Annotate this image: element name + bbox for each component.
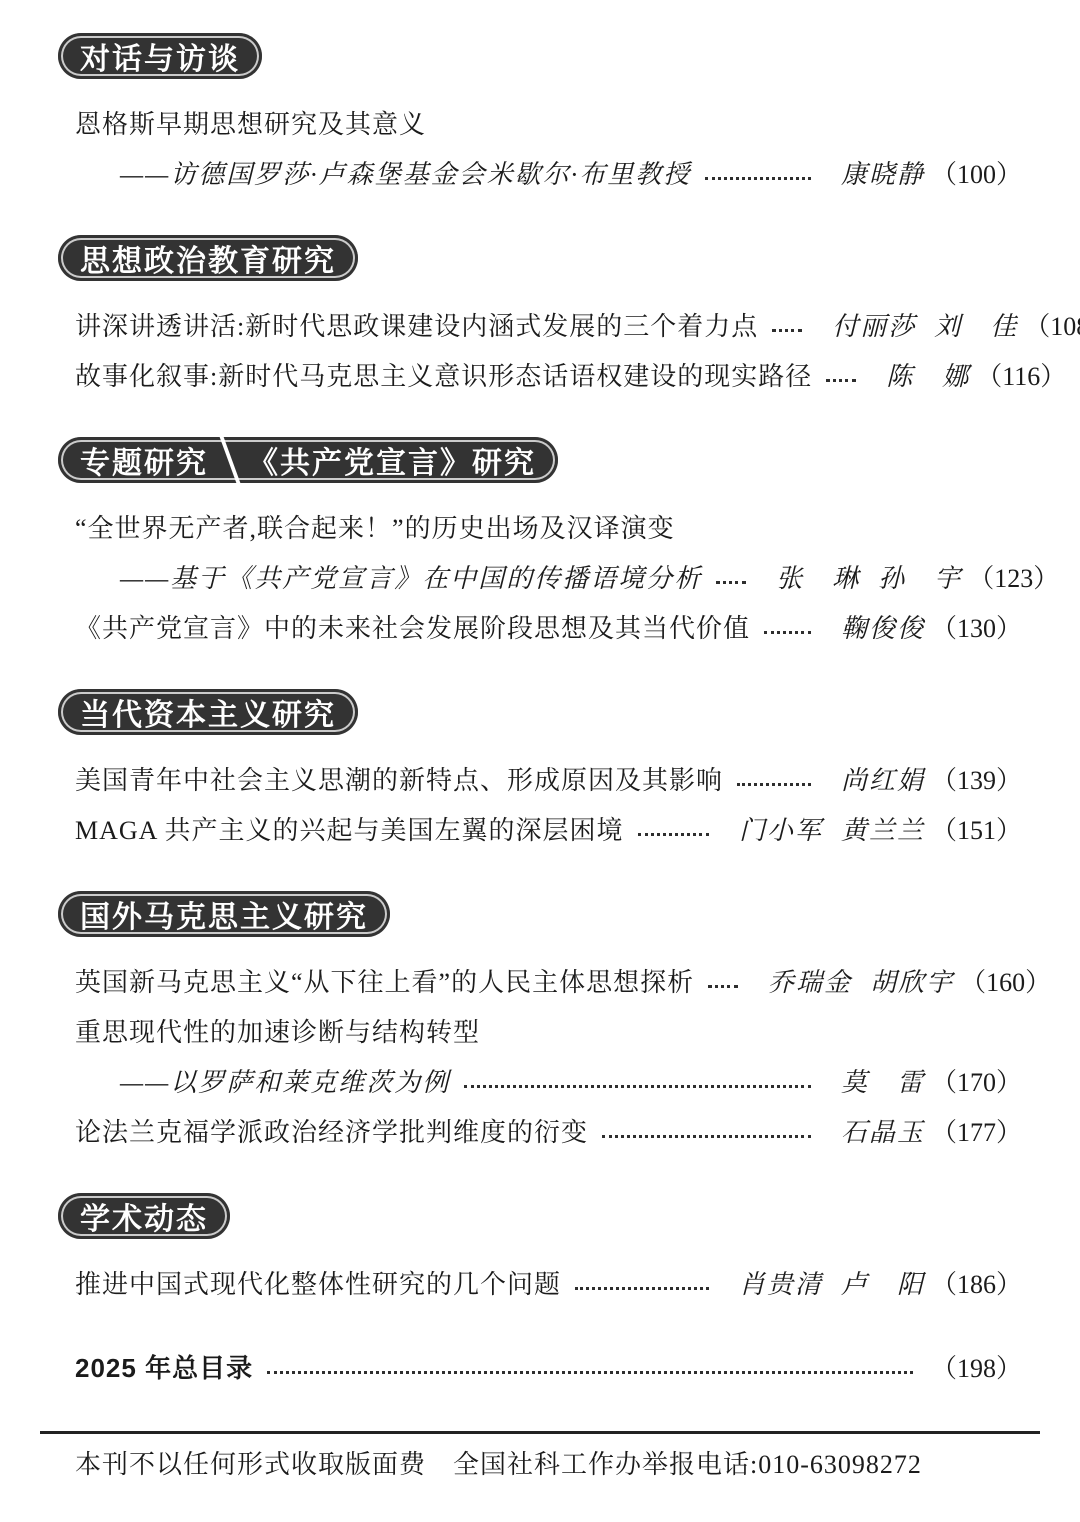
entry-author: 陈 娜 bbox=[886, 356, 970, 393]
entry-title: 故事化叙事:新时代马克思主义意识形态话语权建设的现实路径 bbox=[75, 356, 812, 393]
entry-title: 英国新马克思主义“从下往上看”的人民主体思想探析 bbox=[75, 962, 694, 999]
leader-dots bbox=[826, 367, 856, 382]
badge-label: 对话与访谈 bbox=[80, 34, 240, 78]
leader-dots bbox=[267, 1359, 913, 1374]
entry-title: 推进中国式现代化整体性研究的几个问题 bbox=[75, 1264, 561, 1301]
entry-author: 鞠俊俊 bbox=[841, 608, 925, 645]
entry-title: 美国青年中社会主义思潮的新特点、形成原因及其影响 bbox=[75, 760, 723, 797]
section-badge: 对话与访谈 bbox=[58, 33, 262, 79]
entry-author: 张 琳 bbox=[776, 558, 860, 595]
entry-title: 重思现代性的加速诊断与结构转型 bbox=[75, 1012, 480, 1049]
entry-page: （139） bbox=[931, 760, 1022, 797]
sections-container: 对话与访谈恩格斯早期思想研究及其意义——访德国罗莎·卢森堡基金会米歇尔·布里教授… bbox=[58, 33, 1022, 1307]
badge-label: 国外马克思主义研究 bbox=[80, 892, 368, 936]
divider-line bbox=[40, 1431, 1040, 1434]
entry-author: 康晓静 bbox=[841, 154, 925, 191]
badge-label: 专题研究 bbox=[80, 438, 208, 482]
entry-title: ——基于《共产党宣言》在中国的传播语境分析 bbox=[120, 558, 702, 595]
badge-slash-divider bbox=[217, 437, 242, 483]
entry-page: （170） bbox=[931, 1062, 1022, 1099]
entry-line: ——访德国罗莎·卢森堡基金会米歇尔·布里教授康晓静（100） bbox=[58, 147, 1022, 197]
leader-dots bbox=[772, 317, 802, 332]
section-badge: 思想政治教育研究 bbox=[58, 235, 358, 281]
entry-title: 论法兰克福学派政治经济学批判维度的衍变 bbox=[75, 1112, 588, 1149]
entry-title: 恩格斯早期思想研究及其意义 bbox=[75, 104, 426, 141]
leader-dots bbox=[575, 1275, 709, 1290]
entry-line: 推进中国式现代化整体性研究的几个问题肖贵清卢 阳（186） bbox=[58, 1257, 1022, 1307]
entry-author: 门小军 bbox=[739, 810, 823, 847]
badge-label: 学术动态 bbox=[80, 1194, 208, 1238]
entry-line: MAGA 共产主义的兴起与美国左翼的深层困境门小军黄兰兰（151） bbox=[58, 803, 1022, 853]
toc-section: 国外马克思主义研究英国新马克思主义“从下往上看”的人民主体思想探析乔瑞金胡欣宇（… bbox=[58, 891, 1022, 1155]
entry-author: 卢 阳 bbox=[841, 1264, 925, 1301]
entry-title: ——访德国罗莎·卢森堡基金会米歇尔·布里教授 bbox=[120, 154, 691, 191]
entry-line: ——以罗萨和莱克维茨为例莫 雷（170） bbox=[58, 1055, 1022, 1105]
entry-line: 故事化叙事:新时代马克思主义意识形态话语权建设的现实路径陈 娜（116） bbox=[58, 349, 1022, 399]
leader-dots bbox=[602, 1123, 811, 1138]
section-badge: 学术动态 bbox=[58, 1193, 230, 1239]
entry-author: 莫 雷 bbox=[841, 1062, 925, 1099]
toc-section: 当代资本主义研究美国青年中社会主义思潮的新特点、形成原因及其影响尚红娟（139）… bbox=[58, 689, 1022, 853]
entry-author: 尚红娟 bbox=[841, 760, 925, 797]
entry-author: 付丽莎 bbox=[832, 306, 916, 343]
entry-line: 重思现代性的加速诊断与结构转型 bbox=[58, 1005, 1022, 1055]
leader-dots bbox=[638, 821, 709, 836]
entry-page: （108） bbox=[1024, 306, 1080, 343]
entry-title: ——以罗萨和莱克维茨为例 bbox=[120, 1062, 450, 1099]
entry-page: （160） bbox=[960, 962, 1051, 999]
entry-page: （123） bbox=[968, 558, 1059, 595]
entry-page: （130） bbox=[931, 608, 1022, 645]
footer-text: 本刊不以任何形式收取版面费 全国社科工作办举报电话:010-63098272 bbox=[58, 1448, 1022, 1482]
toc-section: 学术动态推进中国式现代化整体性研究的几个问题肖贵清卢 阳（186） bbox=[58, 1193, 1022, 1307]
leader-dots bbox=[716, 569, 746, 584]
entry-author: 孙 宇 bbox=[878, 558, 962, 595]
entry-page: （186） bbox=[931, 1264, 1022, 1301]
leader-dots bbox=[705, 165, 811, 180]
catalog-line: 2025 年总目录 （198） bbox=[58, 1341, 1022, 1391]
entry-author: 黄兰兰 bbox=[841, 810, 925, 847]
section-badge: 当代资本主义研究 bbox=[58, 689, 358, 735]
entry-title: 讲深讲透讲活:新时代思政课建设内涵式发展的三个着力点 bbox=[75, 306, 758, 343]
leader-dots bbox=[708, 973, 738, 988]
table-of-contents: 对话与访谈恩格斯早期思想研究及其意义——访德国罗莎·卢森堡基金会米歇尔·布里教授… bbox=[0, 0, 1080, 1482]
catalog-title: 2025 年总目录 bbox=[75, 1348, 253, 1385]
toc-section: 对话与访谈恩格斯早期思想研究及其意义——访德国罗莎·卢森堡基金会米歇尔·布里教授… bbox=[58, 33, 1022, 197]
badge-label: 当代资本主义研究 bbox=[80, 690, 336, 734]
entry-line: 英国新马克思主义“从下往上看”的人民主体思想探析乔瑞金胡欣宇（160） bbox=[58, 955, 1022, 1005]
entry-page: （100） bbox=[931, 154, 1022, 191]
leader-dots bbox=[464, 1073, 811, 1088]
entry-title: 《共产党宣言》中的未来社会发展阶段思想及其当代价值 bbox=[75, 608, 750, 645]
entry-line: 论法兰克福学派政治经济学批判维度的衍变石晶玉（177） bbox=[58, 1105, 1022, 1155]
leader-dots bbox=[737, 771, 811, 786]
entry-line: ——基于《共产党宣言》在中国的传播语境分析张 琳孙 宇（123） bbox=[58, 551, 1022, 601]
badge-label: 思想政治教育研究 bbox=[80, 236, 336, 280]
entry-author: 石晶玉 bbox=[841, 1112, 925, 1149]
entry-line: 美国青年中社会主义思潮的新特点、形成原因及其影响尚红娟（139） bbox=[58, 753, 1022, 803]
entry-line: 恩格斯早期思想研究及其意义 bbox=[58, 97, 1022, 147]
entry-line: 讲深讲透讲活:新时代思政课建设内涵式发展的三个着力点付丽莎刘 佳（108） bbox=[58, 299, 1022, 349]
section-badge: 专题研究《共产党宣言》研究 bbox=[58, 437, 558, 483]
entry-author: 胡欣宇 bbox=[870, 962, 954, 999]
toc-section: 思想政治教育研究讲深讲透讲活:新时代思政课建设内涵式发展的三个着力点付丽莎刘 佳… bbox=[58, 235, 1022, 399]
entry-line: 《共产党宣言》中的未来社会发展阶段思想及其当代价值鞠俊俊（130） bbox=[58, 601, 1022, 651]
entry-page: （116） bbox=[976, 356, 1066, 393]
catalog-page: （198） bbox=[931, 1348, 1022, 1385]
entry-author: 肖贵清 bbox=[739, 1264, 823, 1301]
section-badge: 国外马克思主义研究 bbox=[58, 891, 390, 937]
entry-title: “全世界无产者,联合起来！”的历史出场及汉译演变 bbox=[75, 508, 675, 545]
entry-author: 刘 佳 bbox=[934, 306, 1018, 343]
toc-section: 专题研究《共产党宣言》研究“全世界无产者,联合起来！”的历史出场及汉译演变——基… bbox=[58, 437, 1022, 651]
entry-line: “全世界无产者,联合起来！”的历史出场及汉译演变 bbox=[58, 501, 1022, 551]
entry-page: （177） bbox=[931, 1112, 1022, 1149]
entry-title: MAGA 共产主义的兴起与美国左翼的深层困境 bbox=[75, 810, 624, 847]
entry-author: 乔瑞金 bbox=[768, 962, 852, 999]
entry-page: （151） bbox=[931, 810, 1022, 847]
leader-dots bbox=[764, 619, 811, 634]
badge-label: 《共产党宣言》研究 bbox=[248, 438, 536, 482]
